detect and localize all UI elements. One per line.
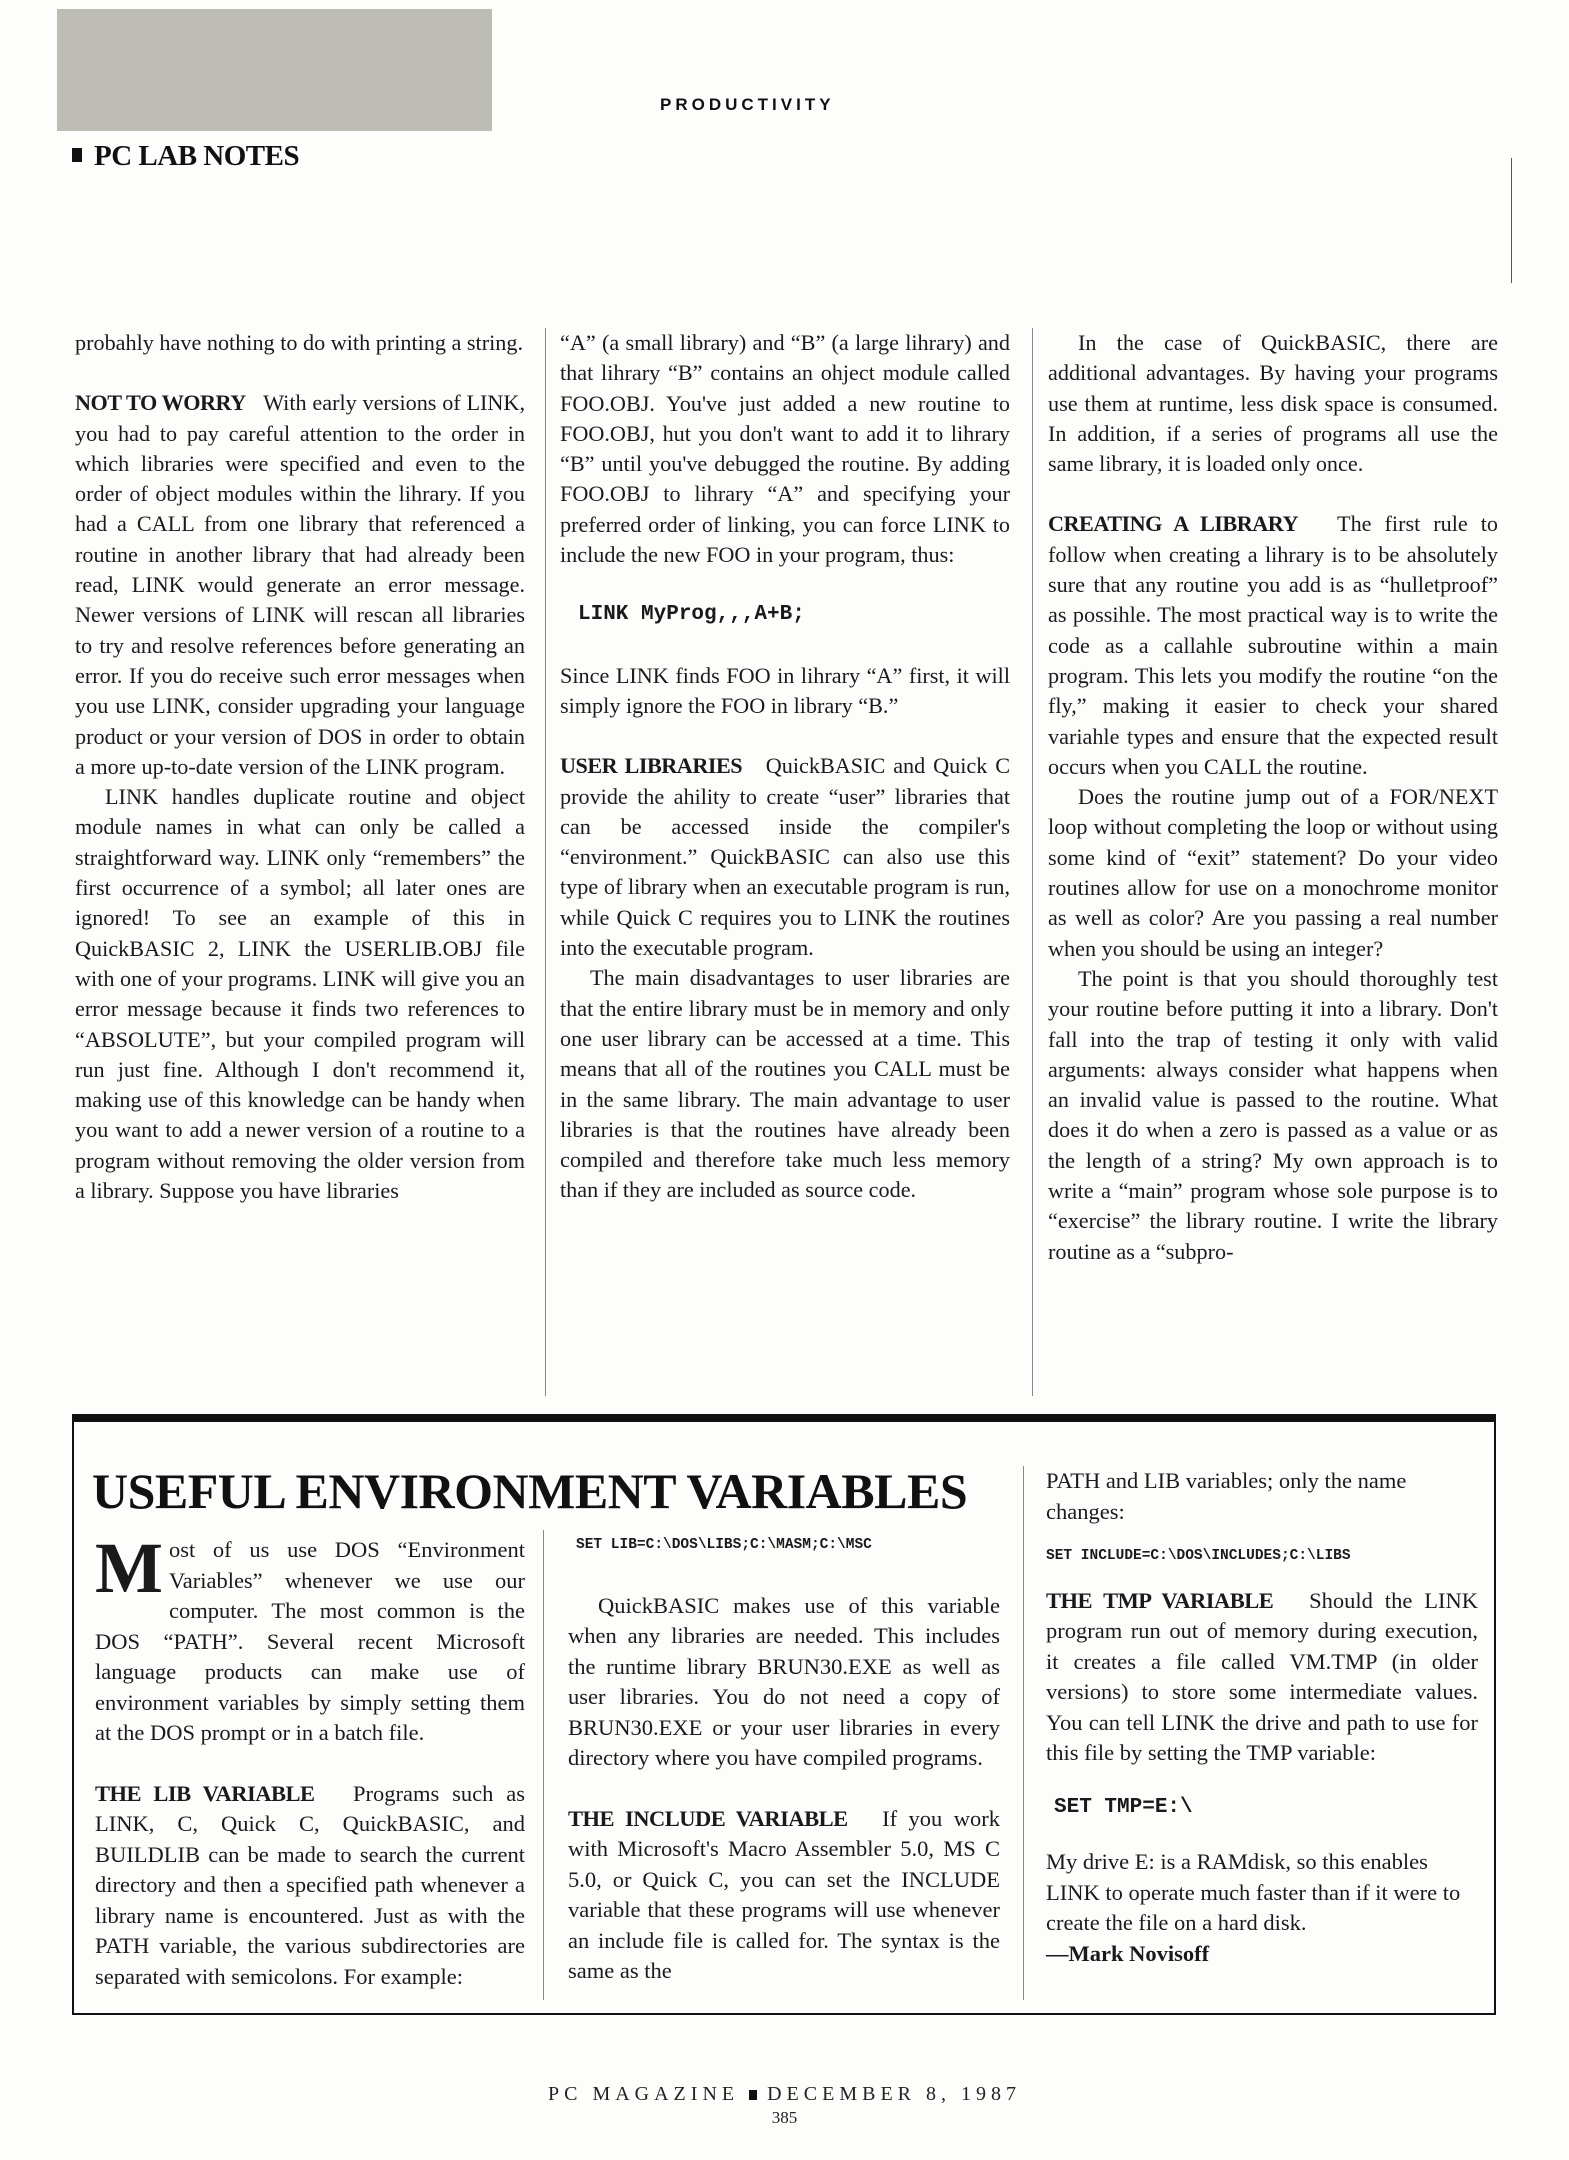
code-sample: SET LIB=C:\DOS\LIBS;C:\MASM;C:\MSC	[576, 1530, 1000, 1561]
margin-rule	[1511, 158, 1512, 283]
sidebar-column-1: Most of us use DOS “Environment Variable…	[95, 1535, 525, 1992]
subhead: CREATING A LIBRARY	[1048, 511, 1298, 536]
sidebar-title: USEFUL ENVIRONMENT VARIABLES	[92, 1462, 967, 1520]
sidebar-column-3: PATH and LIB variables; only the name ch…	[1046, 1466, 1478, 1969]
paragraph: Most of us use DOS “Environment Variable…	[95, 1535, 525, 1749]
paragraph: USER LIBRARIES QuickBASIC and Quick C pr…	[560, 751, 1010, 963]
paragraph: NOT TO WORRY With early versions of LINK…	[75, 388, 525, 782]
column-divider	[1023, 1466, 1024, 2000]
paragraph: “A” (a small library) and “B” (a large l…	[560, 328, 1010, 570]
sidebar-column-2: SET LIB=C:\DOS\LIBS;C:\MASM;C:\MSC Quick…	[568, 1526, 1000, 1987]
paragraph: CREATING A LIBRARY The first rule to fol…	[1048, 509, 1498, 782]
paragraph: QuickBASIC makes use of this variable wh…	[568, 1591, 1000, 1774]
bullet-square-icon	[72, 148, 82, 162]
subhead: THE LIB VARIABLE	[95, 1781, 314, 1806]
column-divider	[543, 1530, 544, 2000]
page-number: 385	[0, 2108, 1569, 2128]
paragraph: LINK handles duplicate routine and objec…	[75, 782, 525, 1206]
column-title: PC LAB NOTES	[72, 140, 299, 173]
article-column-2: “A” (a small library) and “B” (a large l…	[560, 328, 1010, 1206]
paragraph: Does the routine jump out of a FOR/NEXT …	[1048, 782, 1498, 964]
paragraph: THE TMP VARIABLE Should the LINK program…	[1046, 1586, 1478, 1769]
page-footer: PC MAGAZINEDECEMBER 8, 1987	[0, 2083, 1569, 2106]
code-sample: SET INCLUDE=C:\DOS\INCLUDES;C:\LIBS	[1046, 1541, 1478, 1572]
column-divider	[545, 328, 546, 1396]
paragraph: Since LINK finds FOO in lihrary “A” firs…	[560, 661, 1010, 722]
issue-date: DECEMBER 8, 1987	[767, 2083, 1021, 2105]
column-divider	[1032, 328, 1033, 1396]
subhead: THE INCLUDE VARIABLE	[568, 1806, 848, 1831]
paragraph: THE LIB VARIABLE Programs such as LINK, …	[95, 1779, 525, 1993]
paragraph: The main disadvantages to user libraries…	[560, 963, 1010, 1205]
section-label: PRODUCTIVITY	[660, 95, 835, 115]
paragraph: In the case of QuickBASIC, there are add…	[1048, 328, 1498, 479]
author-byline: —Mark Novisoff	[1046, 1939, 1478, 1970]
subhead: NOT TO WORRY	[75, 390, 246, 415]
code-sample: LINK MyProg,,,A+B;	[578, 600, 1010, 630]
paragraph: THE INCLUDE VARIABLE If you work with Mi…	[568, 1804, 1000, 1987]
paragraph: PATH and LIB variables; only the name ch…	[1046, 1466, 1478, 1527]
subhead: THE TMP VARIABLE	[1046, 1588, 1273, 1613]
gray-header-block	[57, 9, 492, 131]
paragraph: The point is that you should thoroughly …	[1048, 964, 1498, 1267]
subhead: USER LIBRARIES	[560, 753, 742, 778]
article-column-3: In the case of QuickBASIC, there are add…	[1048, 328, 1498, 1267]
code-sample: SET TMP=E:\	[1054, 1793, 1478, 1824]
paragraph: My drive E: is a RAMdisk, so this enable…	[1046, 1847, 1478, 1939]
paragraph: probahly have nothing to do with printin…	[75, 328, 525, 358]
magazine-name: PC MAGAZINE	[548, 2083, 739, 2105]
article-column-1: probahly have nothing to do with printin…	[75, 328, 525, 1206]
bullet-square-icon	[749, 2090, 757, 2100]
drop-cap: M	[95, 1539, 163, 1597]
